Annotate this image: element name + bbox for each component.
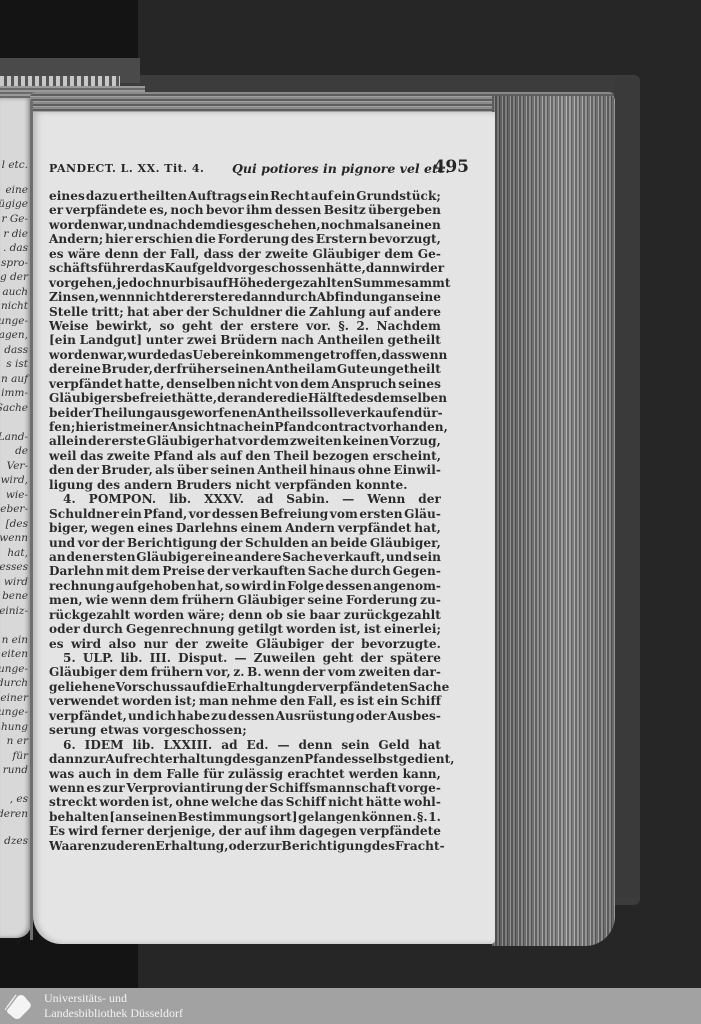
word: über: [177, 463, 209, 477]
word: kann,: [403, 767, 441, 781]
word: nur: [144, 637, 168, 651]
word: dies: [216, 218, 244, 232]
word: das: [169, 348, 192, 362]
word: an: [311, 536, 328, 550]
word: IDEM: [85, 738, 124, 752]
word: Ge-: [418, 247, 441, 261]
word: —: [234, 651, 246, 665]
word: Bruder,: [101, 463, 153, 477]
left-page-fragment: dass: [4, 345, 28, 356]
word: die: [287, 391, 308, 405]
left-page-fragment: Sache: [0, 403, 28, 414]
word: dessen: [325, 579, 372, 593]
left-page-fragment: bene: [2, 591, 28, 602]
word: seinen: [220, 362, 265, 376]
word: Folge: [287, 579, 324, 593]
word: wenn: [264, 665, 300, 679]
word: ertheilten: [119, 189, 187, 203]
word: aber: [152, 305, 183, 319]
word: andere: [234, 550, 281, 564]
word: Stelle: [49, 305, 88, 319]
word: der: [303, 665, 326, 679]
word: frühern: [151, 665, 203, 679]
word: erachtet: [287, 767, 344, 781]
word: vom: [328, 665, 356, 679]
word: Summe: [353, 276, 404, 290]
word: III.: [150, 651, 171, 665]
word: der: [217, 391, 240, 405]
word: geliehene: [49, 680, 115, 694]
word: Gläubiger: [313, 247, 381, 261]
word: durch: [277, 290, 317, 304]
word: Zahlung: [309, 305, 365, 319]
word: Gläubiger: [49, 665, 117, 679]
word: Vorschuss: [115, 680, 184, 694]
word: 6.: [63, 738, 76, 752]
word: vom: [330, 507, 358, 521]
word: ad: [257, 492, 273, 506]
word: auf: [244, 824, 266, 838]
word: worden: [134, 608, 184, 622]
word: des: [372, 839, 395, 853]
word: vorgeschossen: [227, 261, 326, 275]
left-page-fragment: wenn: [0, 533, 28, 544]
word: das: [260, 795, 283, 809]
word: sammt: [404, 276, 450, 290]
word: bevor: [206, 203, 244, 217]
text-line: denderBruder,alsüberseinenAntheilhinauso…: [49, 463, 441, 477]
left-page-fragment: eiten: [1, 649, 28, 660]
word: nachdem: [154, 218, 216, 232]
word: vorhanden,: [371, 420, 448, 434]
word: Zinsen,: [49, 290, 99, 304]
running-head-title: Qui potiores in pignore vel etc.: [232, 161, 450, 176]
word: der: [171, 290, 194, 304]
word: Andern: [285, 521, 335, 535]
left-page-fragment: nicht: [1, 301, 28, 312]
word: Höhe: [228, 276, 264, 290]
word: er: [49, 203, 63, 217]
word: wäre: [68, 247, 101, 261]
word: Sache: [409, 680, 450, 694]
word: Bruders: [176, 478, 231, 492]
word: verpfändet: [338, 521, 412, 535]
word: nach: [220, 420, 253, 434]
word: hinaus: [309, 463, 355, 477]
word: ein: [377, 694, 398, 708]
word: Pfandes: [304, 752, 358, 766]
word: in: [272, 579, 286, 593]
text-line: Stelletritt;hataberderSchuldnerdieZahlun…: [49, 305, 441, 319]
left-page-fragment: esses: [0, 562, 28, 573]
word: auf: [369, 305, 391, 319]
word: hat,: [197, 579, 224, 593]
word: bevorzugt,: [369, 232, 441, 246]
word: Gute: [337, 362, 370, 376]
word: Antheils: [257, 406, 314, 420]
word: hätte,: [177, 391, 217, 405]
word: streckt: [49, 795, 97, 809]
word: der: [102, 536, 125, 550]
word: als: [155, 463, 174, 477]
word: verpfändeten: [318, 680, 408, 694]
word: B.: [247, 665, 262, 679]
text-line: erverpfändetees,nochbevorihmdessenBesitz…: [49, 203, 441, 217]
word: wird: [71, 637, 101, 651]
text-line: vorgehen,jedochnurbisaufHöhedergezahlten…: [49, 276, 441, 290]
word: der: [331, 637, 354, 651]
left-page-fragment: unge-: [0, 664, 28, 675]
word: ganzen: [255, 752, 304, 766]
word: mit: [106, 564, 129, 578]
word: verkauften: [232, 564, 306, 578]
body-text: einesdazuertheiltenAuftragseinRechtaufei…: [49, 189, 441, 853]
word: worden: [99, 795, 149, 809]
word: hätte: [366, 795, 402, 809]
word: er: [430, 261, 444, 275]
word: Weise: [49, 319, 89, 333]
word: dem: [300, 377, 329, 391]
word: was: [49, 767, 74, 781]
word: ein: [253, 420, 274, 434]
text-line: 6.IDEMlib.LXXIII.adEd.—dennseinGeldhat: [49, 738, 441, 752]
word: Berichtigung: [127, 536, 217, 550]
word: Antheil: [266, 362, 316, 376]
word: zur: [103, 781, 125, 795]
word: befreiet: [123, 391, 177, 405]
word: seine: [405, 290, 441, 304]
left-page-fragment: spro-: [1, 258, 28, 269]
word: seinen: [210, 463, 255, 477]
left-page: l etc.eineügiger Ge-r die. dasspro-g der…: [0, 98, 31, 938]
book-board-right: [614, 78, 640, 898]
word: allein: [49, 434, 87, 448]
word: noch: [170, 203, 203, 217]
text-line: Gläubigerdemfrühernvor,z.B.wenndervomzwe…: [49, 665, 441, 679]
word: Theil: [274, 449, 309, 463]
word: war,: [99, 218, 127, 232]
running-head-section: PANDECT. L. XX. Tit. 4.: [49, 162, 204, 175]
word: von: [275, 377, 299, 391]
word: Schulden: [245, 536, 309, 550]
word: auf: [184, 680, 206, 694]
word: nicht: [135, 290, 170, 304]
left-page-fragment: eine: [5, 185, 28, 196]
word: geht: [323, 651, 354, 665]
word: andere: [394, 305, 441, 319]
text-line: serungetwasvorgeschossen;: [49, 723, 441, 737]
word: Nachdem: [377, 319, 441, 333]
word: ist;: [175, 694, 197, 708]
word: keinen: [343, 434, 389, 448]
word: denselben: [166, 377, 235, 391]
left-page-fragment: agen,: [0, 330, 28, 341]
word: ungetheilt: [370, 362, 441, 376]
word: dessen: [275, 203, 322, 217]
left-page-fragment: g der: [0, 272, 28, 283]
word: deren: [116, 839, 155, 853]
word: 5.: [63, 651, 76, 665]
word: 1.: [428, 810, 441, 824]
left-page-fragment: dzes: [4, 836, 28, 847]
word: durch: [83, 622, 123, 636]
word: verpfänden: [275, 478, 352, 492]
word: wenn: [49, 781, 85, 795]
word: eines: [137, 521, 173, 535]
word: der: [245, 781, 268, 795]
text-line: Andern;hiererschiendieForderungdesErster…: [49, 232, 441, 246]
word: rückgezahlt: [49, 608, 130, 622]
word: bewirkt,: [96, 319, 152, 333]
word: der: [219, 824, 242, 838]
word: Fracht-: [395, 839, 445, 853]
word: —: [342, 492, 354, 506]
word: Fall,: [308, 694, 337, 708]
word: vorge-: [398, 781, 441, 795]
word: Antheil: [257, 463, 307, 477]
word: geht: [182, 319, 213, 333]
word: wird: [400, 261, 430, 275]
word: nur: [162, 276, 186, 290]
word: das: [80, 449, 103, 463]
word: zu: [100, 839, 116, 853]
word: ligung: [49, 478, 93, 492]
text-line: wasauchindemFallefürzulässigerachtetwerd…: [49, 767, 441, 781]
word: dann: [242, 290, 276, 304]
word: es,: [149, 203, 168, 217]
word: getroffen,: [314, 348, 382, 362]
word: z.: [233, 665, 244, 679]
word: dessen: [228, 709, 275, 723]
word: an: [49, 550, 66, 564]
word: zulässig: [228, 767, 283, 781]
left-page-fragment: wie-: [6, 490, 28, 501]
word: die: [195, 232, 216, 246]
word: Antheilen: [318, 333, 384, 347]
word: tritt;: [91, 305, 124, 319]
page-number: 495: [434, 157, 470, 177]
word: der: [360, 651, 383, 665]
word: der: [175, 637, 198, 651]
word: Ansicht: [168, 420, 220, 434]
word: als: [197, 449, 216, 463]
left-page-fragment: s ist: [6, 359, 28, 370]
word: einen: [403, 218, 441, 232]
word: auch: [78, 767, 111, 781]
left-page-fragment: r die: [3, 229, 28, 240]
word: Gegenrechnung: [126, 622, 235, 636]
word: habe: [177, 709, 210, 723]
left-page-fragment: durch: [0, 678, 28, 689]
word: der: [76, 463, 99, 477]
word: Pfand,: [143, 507, 187, 521]
word: verpfändet: [49, 377, 123, 391]
word: Darlehn: [49, 564, 104, 578]
text-line: Weisebewirkt,sogehtderersterevor.§.2.Nac…: [49, 319, 441, 333]
word: Darlehns: [176, 521, 238, 535]
word: Landgut]: [80, 333, 143, 347]
word: wie: [86, 593, 109, 607]
word: ferner: [101, 824, 143, 838]
word: zweite: [107, 449, 150, 463]
word: des: [232, 752, 255, 766]
text-line: eswäredennderFall,dassderzweiteGläubiger…: [49, 247, 441, 261]
word: dar-: [413, 665, 441, 679]
word: Preise: [162, 564, 205, 578]
word: jedoch: [117, 276, 162, 290]
left-page-fragment: deren: [0, 809, 28, 820]
word: ersten: [359, 507, 402, 521]
word: verkaufen: [346, 406, 414, 420]
word: Falle: [166, 767, 199, 781]
word: der: [238, 247, 261, 261]
word: bezogen: [313, 449, 369, 463]
word: der: [186, 305, 209, 319]
word: an: [386, 218, 403, 232]
word: seine: [307, 593, 343, 607]
word: andere: [240, 391, 287, 405]
word: zweiten: [290, 434, 342, 448]
word: wenn: [99, 290, 135, 304]
word: sein: [341, 738, 369, 752]
text-line: WaarenzuderenErhaltung,oderzurBerichtigu…: [49, 839, 441, 853]
word: früher: [177, 362, 221, 376]
word: 2.: [356, 319, 369, 333]
word: Forderung: [346, 593, 417, 607]
word: POMPON.: [89, 492, 157, 506]
word: Erhaltung,: [155, 839, 228, 853]
word: Gläubiger: [237, 593, 305, 607]
word: dessen: [212, 507, 259, 521]
left-page-fragment: wird: [4, 577, 28, 588]
text-line: 5.ULP.lib.III.Disput.—Zuweilengehtderspä…: [49, 651, 441, 665]
word: der: [88, 434, 111, 448]
word: den: [49, 463, 74, 477]
text-line: gelieheneVorschussaufdieErhaltungderverp…: [49, 680, 441, 694]
word: demselben: [374, 391, 447, 405]
text-line: wenneszurVerproviantirungderSchiffsmanns…: [49, 781, 441, 795]
left-page-fragment: einer: [0, 693, 28, 704]
word: der: [264, 276, 287, 290]
text-line: rechnungaufgehobenhat,sowirdinFolgedesse…: [49, 579, 441, 593]
word: sein: [413, 550, 441, 564]
word: dür-: [414, 406, 443, 420]
word: dagegen: [299, 824, 357, 838]
word: derjenige,: [147, 824, 216, 838]
word: also: [109, 637, 137, 651]
word: behalten: [49, 810, 109, 824]
word: ist: [357, 694, 374, 708]
word: hat: [127, 305, 149, 319]
word: zur: [259, 839, 281, 853]
text-line: dannzurAufrechterhaltungdesganzenPfandes…: [49, 752, 441, 766]
word: wird: [241, 579, 271, 593]
left-page-fragment: ügige: [0, 199, 28, 210]
text-line: alleinderersteGläubigerhatvordemzweitenk…: [49, 434, 441, 448]
left-page-fragment: de: [15, 446, 28, 457]
word: Theilung: [93, 406, 154, 420]
word: Fall,: [170, 247, 199, 261]
word: ihm: [246, 203, 272, 217]
word: es: [49, 637, 64, 651]
word: spätere: [390, 651, 441, 665]
word: Uebereinkommen: [193, 348, 314, 362]
word: ist,: [152, 795, 173, 809]
word: Erstern: [316, 232, 367, 246]
word: und: [127, 218, 153, 232]
word: der: [70, 406, 93, 420]
word: dass: [204, 247, 234, 261]
word: wohl-: [404, 795, 441, 809]
word: das: [141, 261, 164, 275]
word: verpfändet,: [49, 709, 127, 723]
word: Schiffsmannschaft: [269, 781, 396, 795]
word: meiner: [120, 420, 168, 434]
word: der: [49, 362, 72, 376]
word: Sache: [308, 564, 349, 578]
text-line: men,wiewenndemfrühernGläubigerseineForde…: [49, 593, 441, 607]
word: wenn: [411, 348, 447, 362]
left-page-fragment: hat,: [7, 548, 28, 559]
word: man: [199, 694, 229, 708]
word: selbst: [358, 752, 398, 766]
word: frühern: [182, 593, 234, 607]
word: dem: [131, 564, 160, 578]
word: Gläubiger: [136, 550, 204, 564]
word: durch: [351, 564, 391, 578]
word: erscheint,: [373, 449, 441, 463]
word: an: [388, 290, 405, 304]
text-line: einesdazuertheiltenAuftragseinRechtaufei…: [49, 189, 441, 203]
word: Sabin.: [286, 492, 329, 506]
left-page-fragment: imm-: [1, 388, 28, 399]
text-line: rückgezahltwordenwäre;dennobsiebaarzurüc…: [49, 608, 441, 622]
word: die: [206, 680, 227, 694]
word: oder: [229, 839, 260, 853]
word: sie: [287, 608, 306, 622]
word: ein: [248, 189, 269, 203]
running-head: PANDECT. L. XX. Tit. 4. Qui potiores in …: [49, 158, 469, 180]
left-page-fragment: hung: [1, 722, 28, 733]
text-line: verwendetwordenist;mannehmedenFall,esist…: [49, 694, 441, 708]
word: lib.: [169, 492, 191, 506]
text-line: verpfändethatte,denselbennichtvondemAnsp…: [49, 377, 441, 391]
text-line: [einLandgut]unterzweiBrüdernnachAntheile…: [49, 333, 441, 347]
word: Waaren: [49, 839, 100, 853]
word: eine: [72, 362, 101, 376]
word: ich: [155, 709, 176, 723]
word: vor: [238, 434, 260, 448]
word: solle: [314, 406, 346, 420]
word: worden: [122, 694, 172, 708]
word: dem: [133, 767, 162, 781]
word: ob: [266, 608, 283, 622]
word: Schuldner: [212, 305, 282, 319]
word: Es: [49, 824, 65, 838]
word: des: [97, 478, 120, 492]
word: dem: [150, 593, 179, 607]
left-page-fragment: Ver-: [7, 461, 28, 472]
word: einerlei;: [384, 622, 441, 636]
word: Gläu-: [404, 507, 441, 521]
word: Berichtigung: [282, 839, 372, 853]
word: auf: [206, 276, 228, 290]
word: verkauft,: [324, 550, 386, 564]
word: worden: [49, 218, 99, 232]
word: seines: [398, 377, 441, 391]
word: und: [386, 550, 412, 564]
text-line: undvorderBerichtigungderSchuldenanbeideG…: [49, 536, 441, 550]
